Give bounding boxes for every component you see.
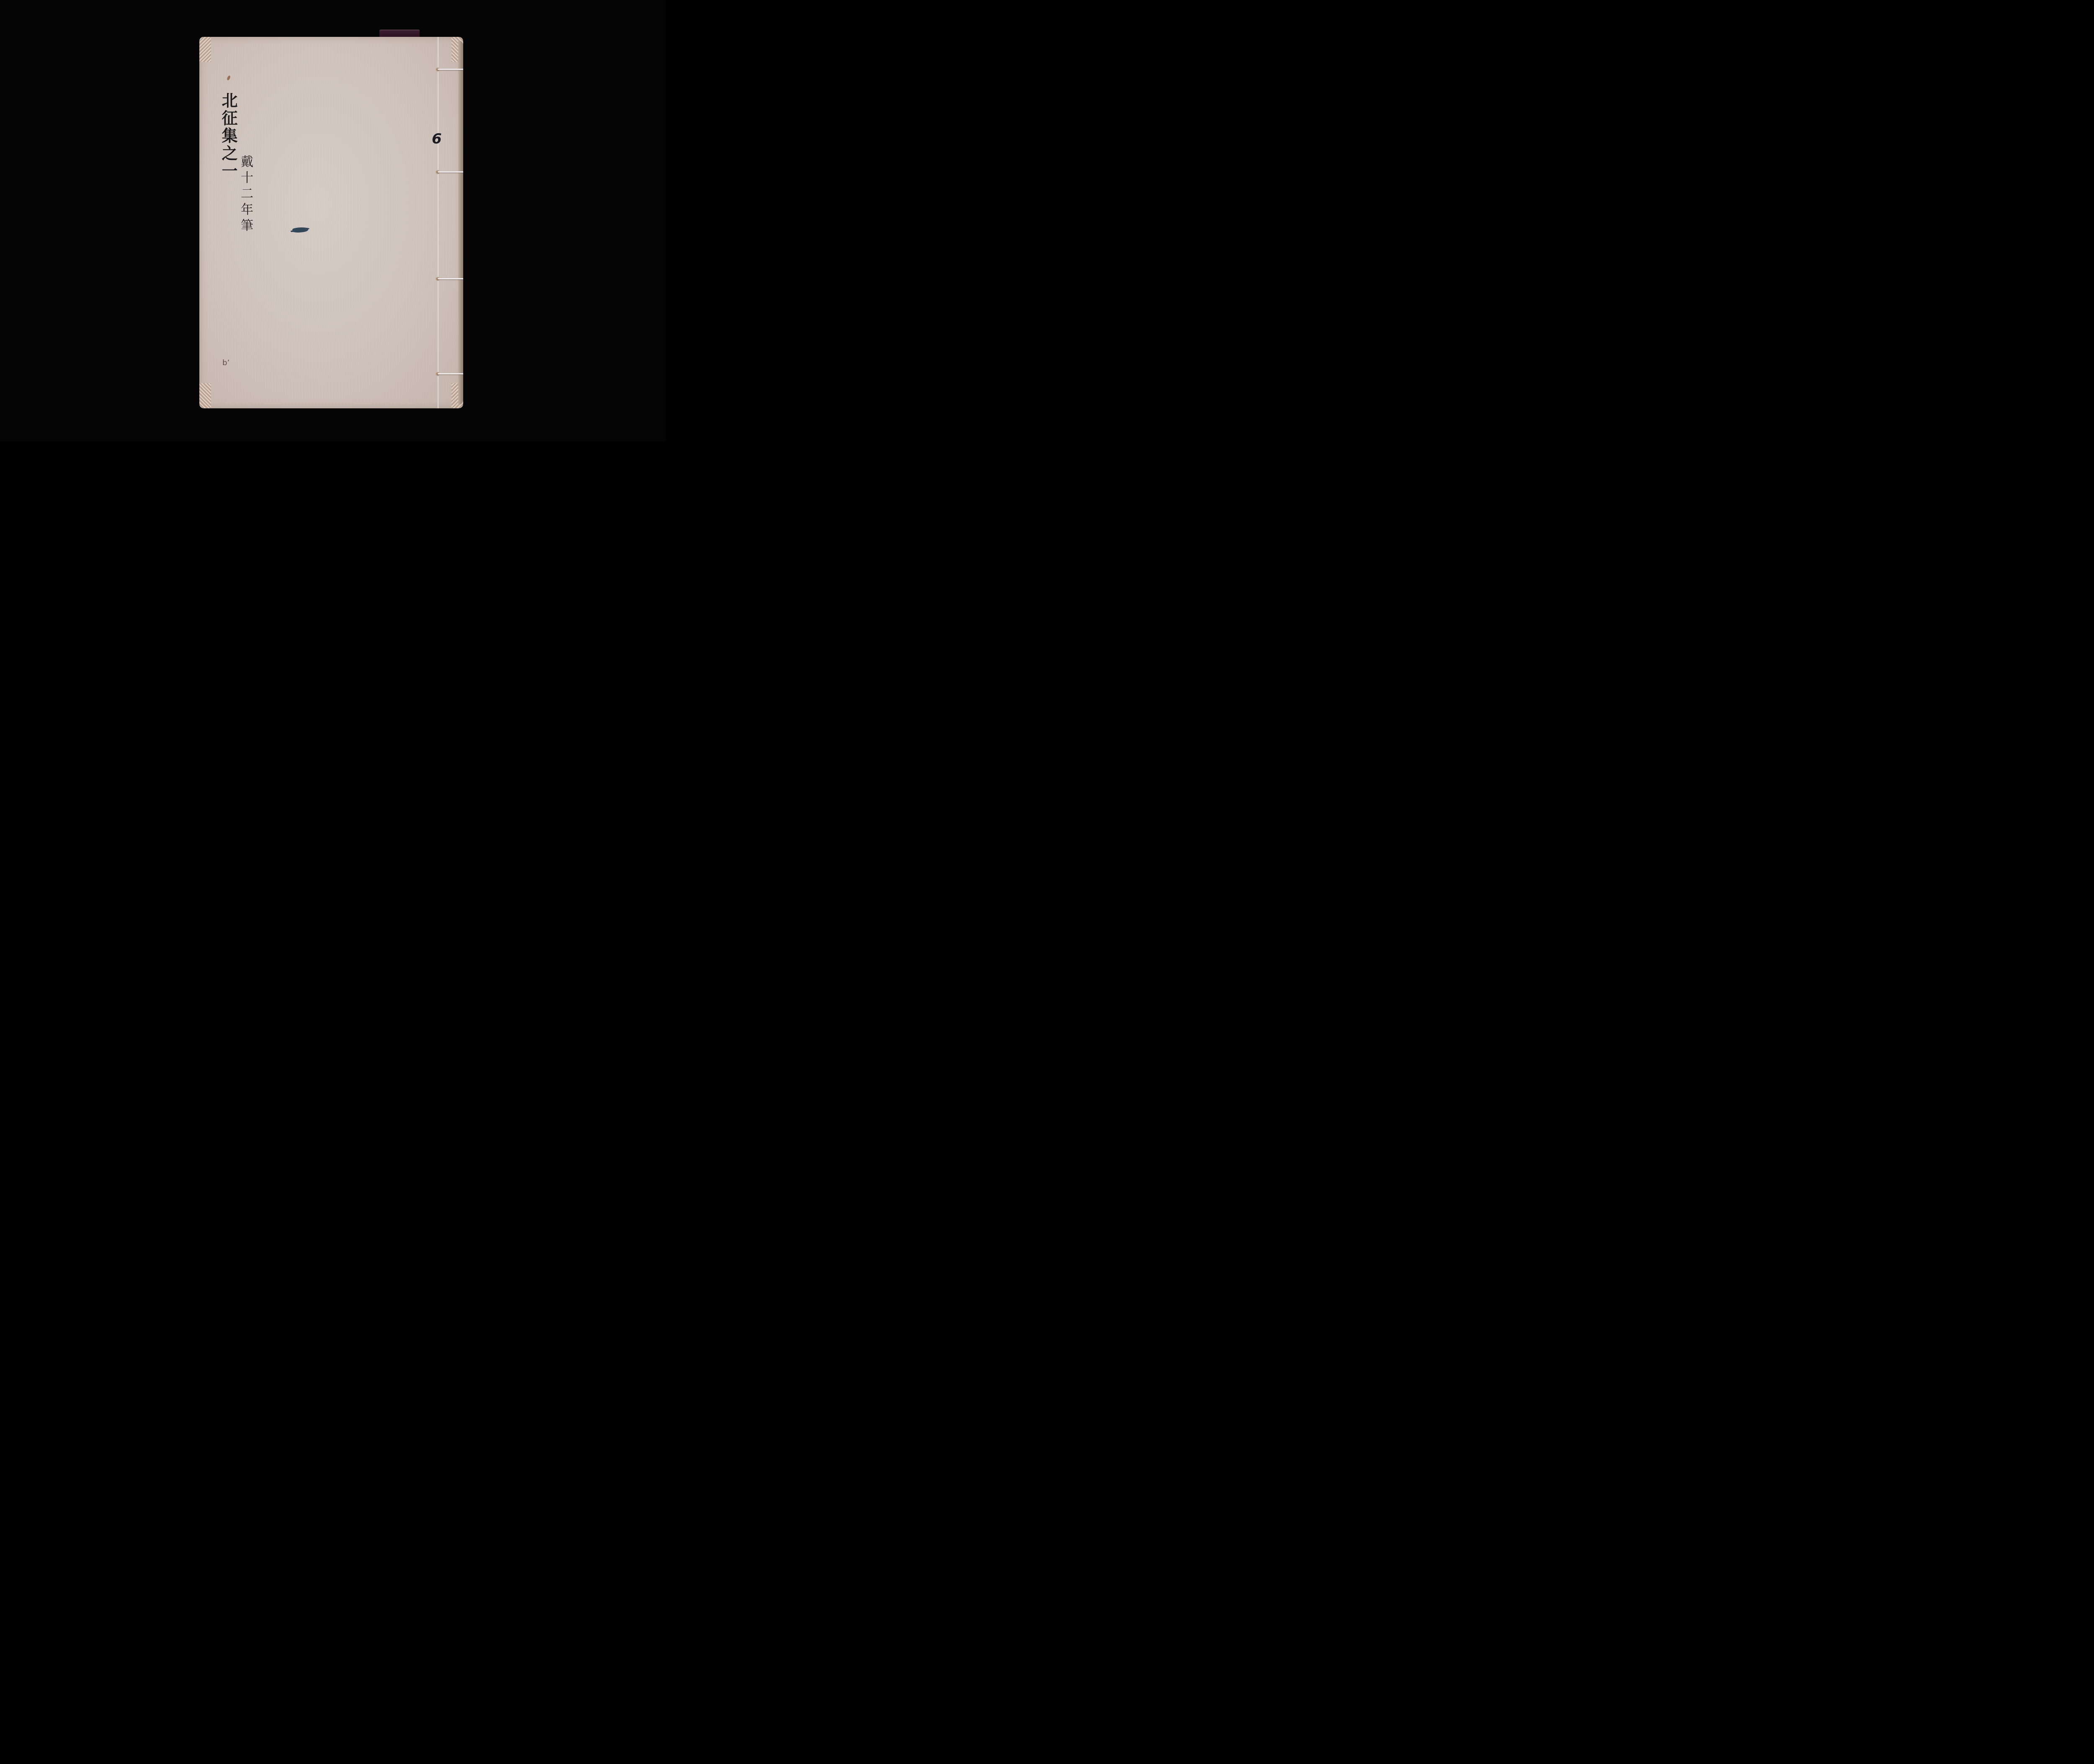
handwritten-date: 戴十二年筆 <box>239 155 252 235</box>
book-cover: 北征集之一 戴十二年筆 6 b’ <box>199 37 463 408</box>
ink-blot <box>292 227 309 233</box>
binding-stitch <box>438 373 463 374</box>
photo-background: 北征集之一 戴十二年筆 6 b’ <box>0 0 666 441</box>
binding-stitch <box>438 278 463 279</box>
binding-stitch <box>438 69 463 70</box>
binding-stitch <box>438 171 463 173</box>
shelf-number-mark: 6 <box>432 131 442 147</box>
brown-stain <box>227 75 231 80</box>
handwritten-title: 北征集之一 <box>220 92 236 180</box>
spine-edge <box>458 40 463 405</box>
binding-thread-vertical <box>438 37 438 408</box>
pencil-mark: b’ <box>222 358 230 367</box>
worn-corner-bottom-left <box>199 383 211 408</box>
worn-corner-top-left <box>199 37 211 62</box>
